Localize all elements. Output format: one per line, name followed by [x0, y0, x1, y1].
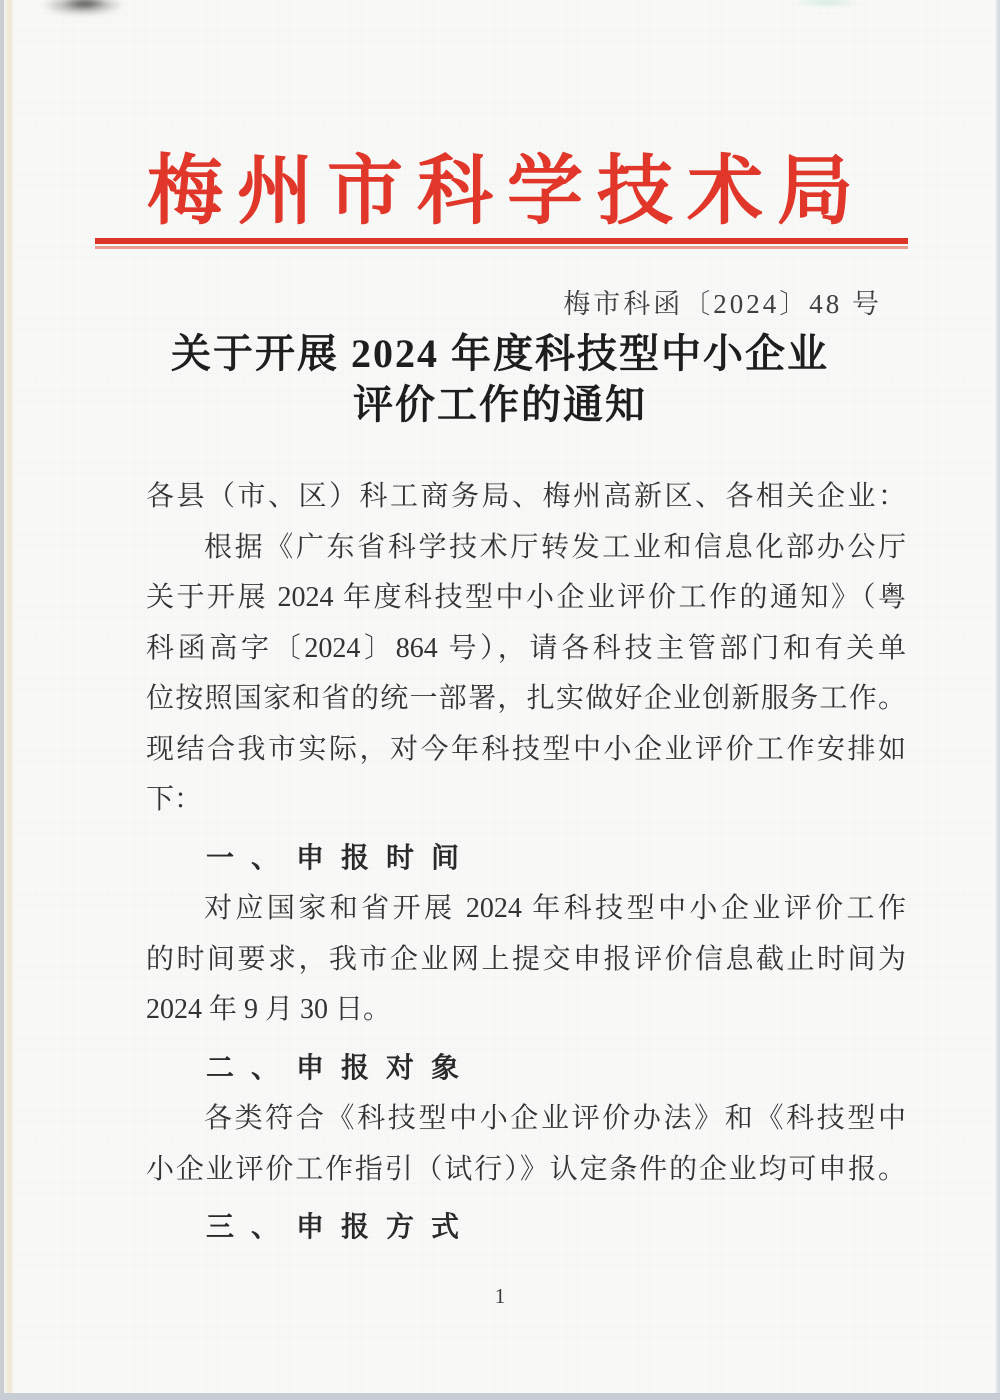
- agency-letterhead-title: 梅州市科学技术局: [0, 130, 1000, 239]
- section-heading-1: 一、申报时间: [146, 834, 906, 885]
- document-page: 梅州市科学技术局 梅市科函〔2024〕48 号 关于开展 2024 年度科技型中…: [0, 0, 1000, 1400]
- document-title: 关于开展 2024 年度科技型中小企业 评价工作的通知: [0, 328, 1000, 430]
- section-heading-3: 三、申报方式: [146, 1203, 906, 1254]
- body-line: 现结合我市实际，对今年科技型中小企业评价工作安排如: [146, 725, 906, 776]
- body-line: 小企业评价工作指引（试行）》认定条件的企业均可申报。: [146, 1145, 906, 1196]
- letterhead-divider: [95, 238, 908, 249]
- body-line: 科函高字〔2024〕864 号），请各科技主管部门和有关单: [146, 624, 906, 675]
- document-title-line-1: 关于开展 2024 年度科技型中小企业: [0, 328, 1000, 379]
- salutation-line: 各县（市、区）科工商务局、梅州高新区、各相关企业：: [146, 472, 906, 523]
- scan-smudge-green: [785, 0, 870, 8]
- document-title-line-2: 评价工作的通知: [0, 379, 1000, 430]
- body-line: 位按照国家和省的统一部署，扎实做好企业创新服务工作。: [146, 674, 906, 725]
- body-line: 各类符合《科技型中小企业评价办法》和《科技型中: [146, 1094, 906, 1145]
- body-line: 的时间要求，我市企业网上提交申报评价信息截止时间为: [146, 935, 906, 986]
- page-number: 1: [0, 1284, 1000, 1309]
- document-number: 梅市科函〔2024〕48 号: [563, 282, 882, 321]
- body-line: 下：: [146, 775, 906, 826]
- document-body: 各县（市、区）科工商务局、梅州高新区、各相关企业： 根据《广东省科学技术厅转发工…: [146, 472, 906, 1254]
- body-line: 关于开展 2024 年度科技型中小企业评价工作的通知》（粤: [146, 573, 906, 624]
- section-heading-2: 二、申报对象: [146, 1044, 906, 1095]
- body-line: 根据《广东省科学技术厅转发工业和信息化部办公厅: [146, 523, 906, 574]
- body-line: 2024 年 9 月 30 日。: [146, 985, 906, 1036]
- page-edge-bottom: [0, 1393, 1000, 1400]
- body-line: 对应国家和省开展 2024 年科技型中小企业评价工作: [146, 884, 906, 935]
